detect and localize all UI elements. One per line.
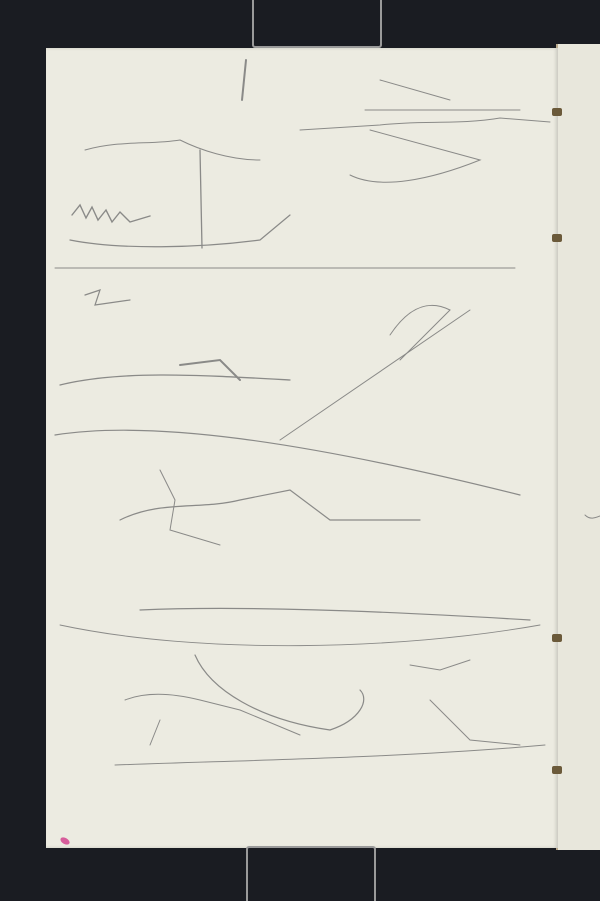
pencil-sketches bbox=[0, 0, 600, 901]
